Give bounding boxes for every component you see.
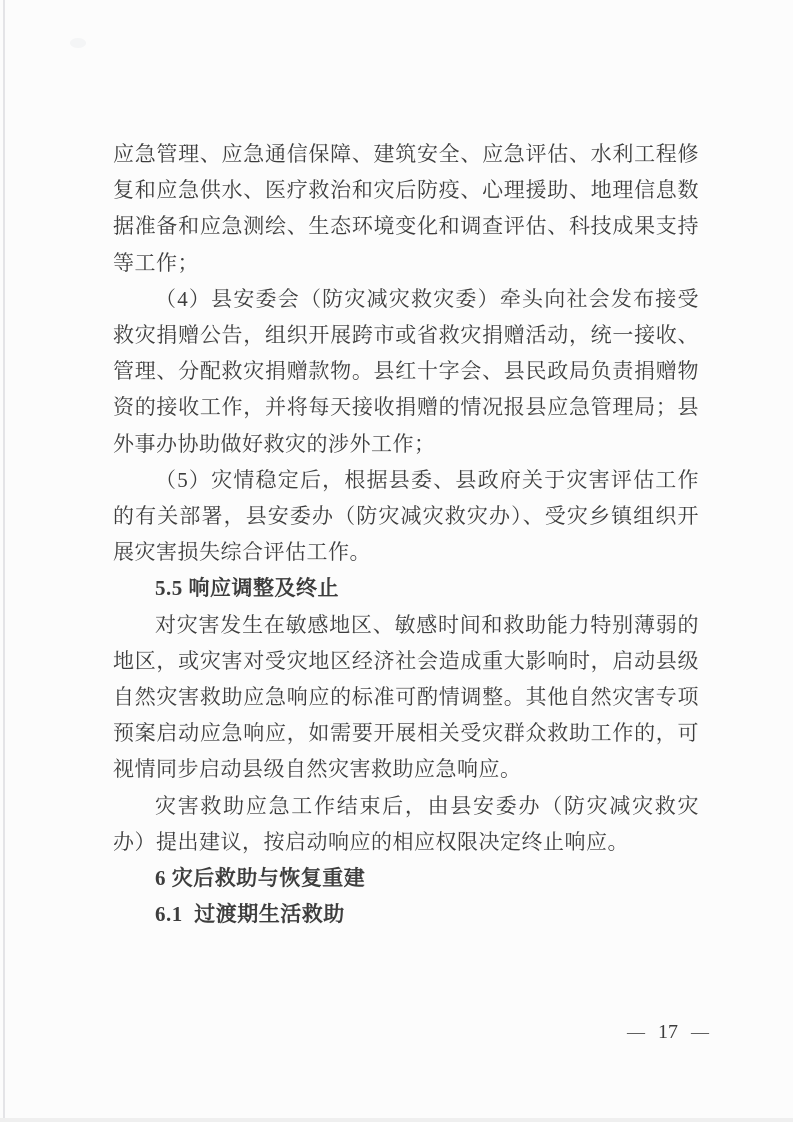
scan-artifact — [70, 38, 86, 48]
paragraph-response-adjustment: 对灾害发生在敏感地区、敏感时间和救助能力特别薄弱的地区，或灾害对受灾地区经济社会… — [113, 607, 699, 788]
section-heading-6-1: 6.1 过渡期生活救助 — [113, 896, 699, 932]
section-heading-5-5: 5.5 响应调整及终止 — [113, 570, 699, 606]
scan-edge-left — [3, 0, 5, 1122]
document-body: 应急管理、应急通信保障、建筑安全、应急评估、水利工程修复和应急供水、医疗救治和灾… — [113, 136, 699, 932]
page-number-value: 17 — [658, 1021, 678, 1044]
page-number-dash-left: — — [627, 1022, 645, 1043]
scan-edge-bottom — [0, 1118, 793, 1122]
paragraph-item-4-donations: （4）县安委会（防灾减灾救灾委）牵头向社会发布接受救灾捐赠公告，组织开展跨市或省… — [113, 281, 699, 462]
section-heading-6: 6 灾后救助与恢复重建 — [113, 860, 699, 896]
page-number: — 17 — — [610, 1021, 726, 1044]
paragraph-emergency-tasks: 应急管理、应急通信保障、建筑安全、应急评估、水利工程修复和应急供水、医疗救治和灾… — [113, 136, 699, 281]
scanned-document-page: 应急管理、应急通信保障、建筑安全、应急评估、水利工程修复和应急供水、医疗救治和灾… — [0, 0, 793, 1122]
page-number-dash-right: — — [691, 1022, 709, 1043]
paragraph-response-termination: 灾害救助应急工作结束后，由县安委办（防灾减灾救灾办）提出建议，按启动响应的相应权… — [113, 788, 699, 860]
paragraph-item-5-assessment: （5）灾情稳定后，根据县委、县政府关于灾害评估工作的有关部署，县安委办（防灾减灾… — [113, 462, 699, 571]
